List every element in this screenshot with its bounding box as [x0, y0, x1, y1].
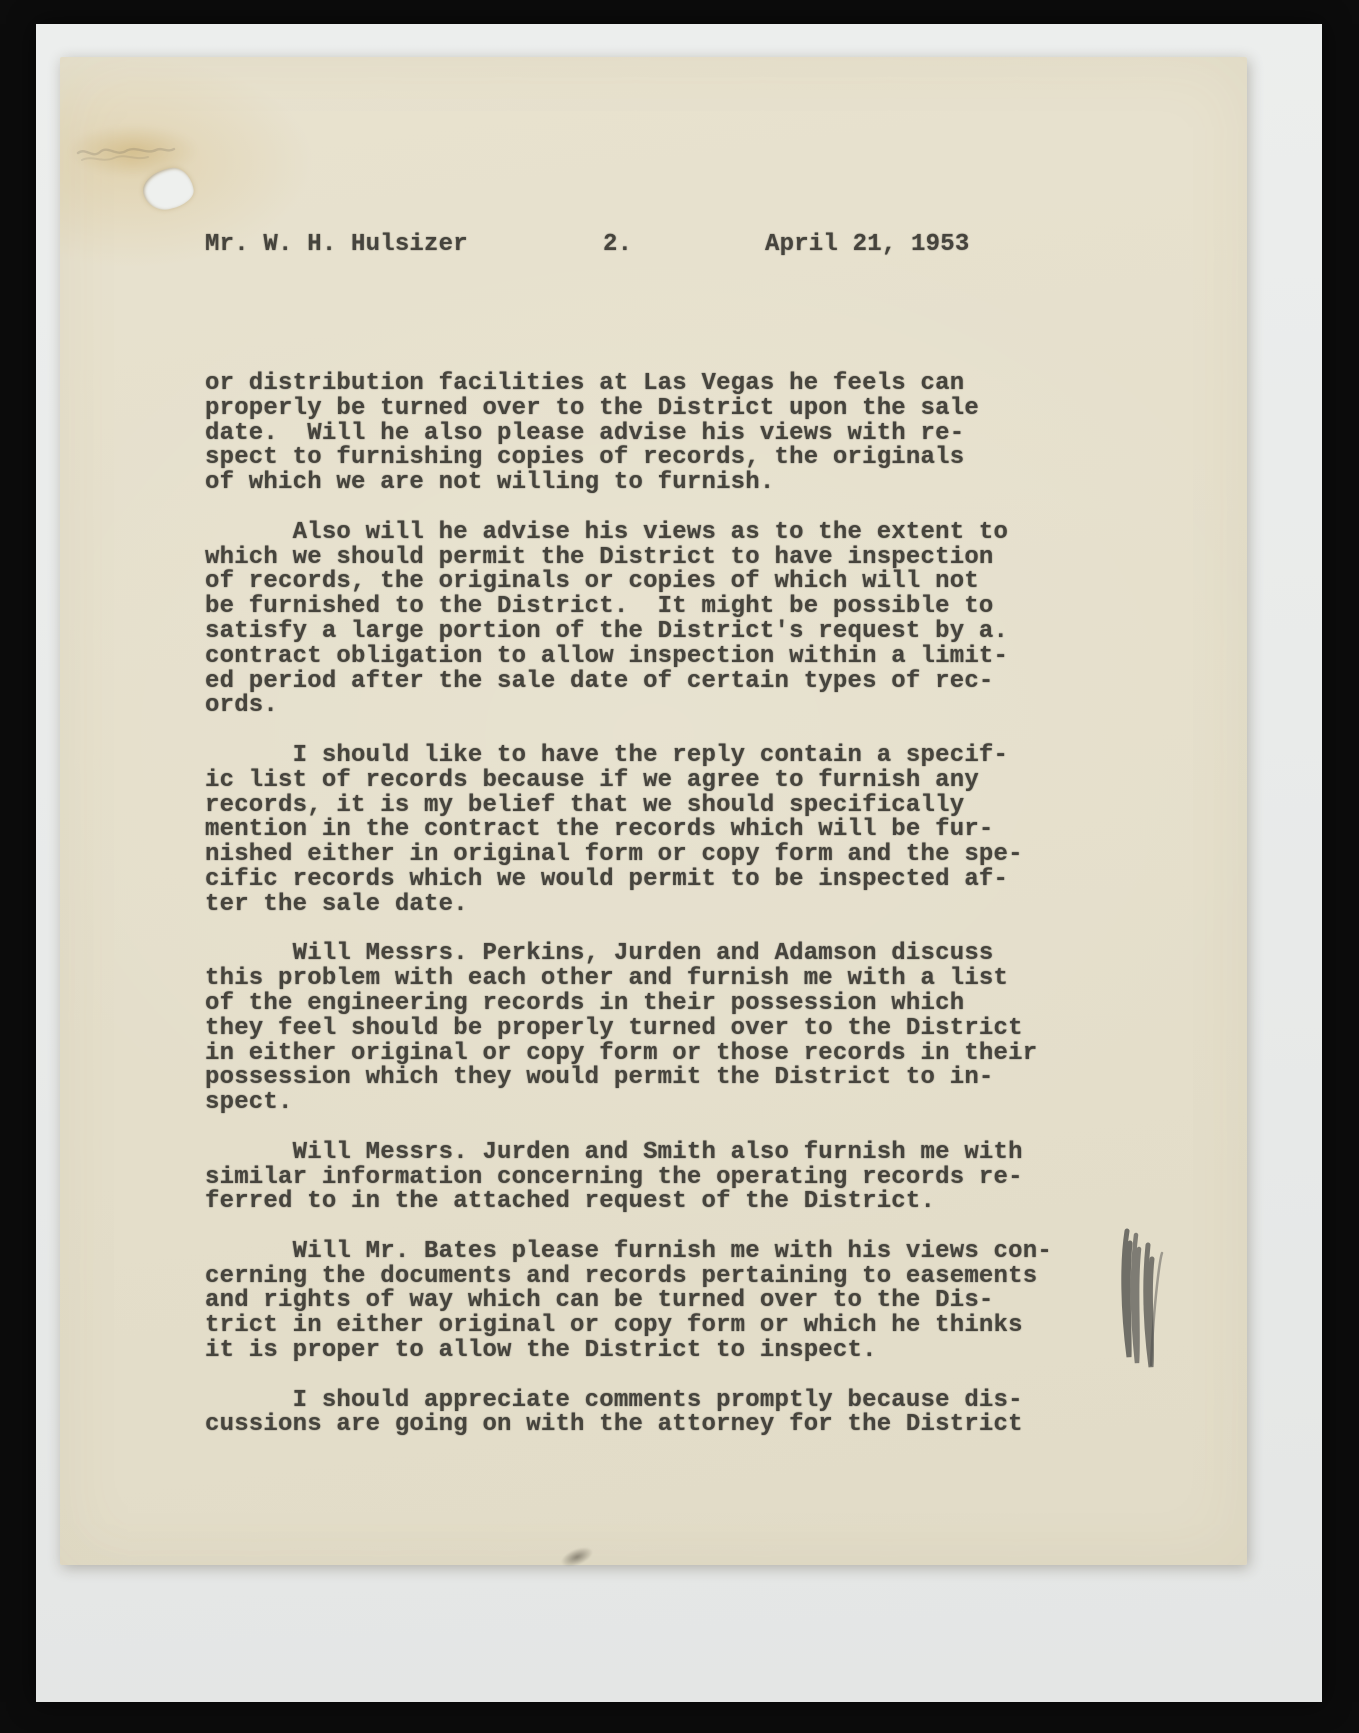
faint-pencil-marks-icon — [76, 139, 176, 165]
paragraph: Will Mr. Bates please furnish me with hi… — [205, 1240, 1065, 1364]
paragraph: Also will he advise his views as to the … — [205, 521, 1065, 719]
page-number: 2. — [603, 233, 632, 258]
smudge-mark — [558, 1543, 596, 1571]
letter-header: Mr. W. H. Hulsizer 2. April 21, 1953 — [205, 233, 1065, 258]
paragraph: Will Messrs. Jurden and Smith also furni… — [205, 1141, 1065, 1215]
backing-sheet: Mr. W. H. Hulsizer 2. April 21, 1953 or … — [36, 24, 1322, 1702]
paragraph: I should like to have the reply contain … — [205, 744, 1065, 918]
pencil-scribble-icon — [1118, 1225, 1172, 1373]
addressee: Mr. W. H. Hulsizer — [205, 233, 468, 258]
paragraph: I should appreciate comments promptly be… — [205, 1389, 1065, 1439]
paragraph: or distribution facilities at Las Vegas … — [205, 372, 1065, 496]
letter-paper: Mr. W. H. Hulsizer 2. April 21, 1953 or … — [60, 57, 1247, 1565]
letter-body: Mr. W. H. Hulsizer 2. April 21, 1953 or … — [205, 233, 1065, 1463]
torn-hole — [139, 164, 196, 214]
letter-date: April 21, 1953 — [765, 233, 969, 258]
scan-background: { "document": { "header": { "addressee":… — [0, 0, 1359, 1733]
paragraph: Will Messrs. Perkins, Jurden and Adamson… — [205, 942, 1065, 1116]
